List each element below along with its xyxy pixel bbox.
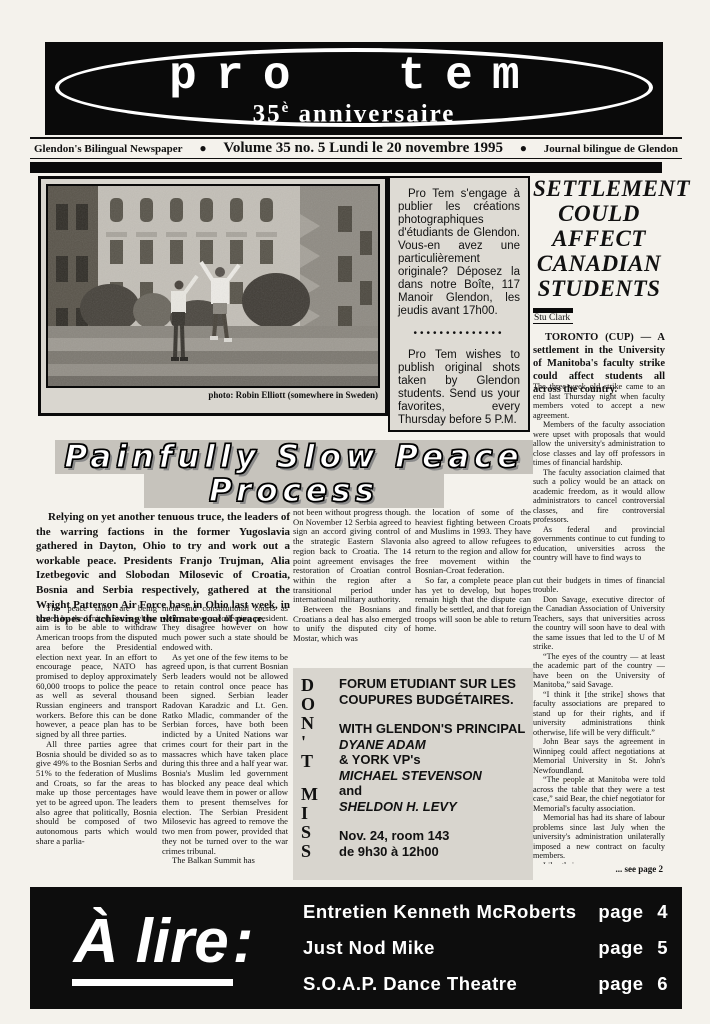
settlement-paragraph: Don Savage, executive director of the Ca… [533,595,665,652]
forum-speaker-name: MICHAEL STEVENSON [339,768,482,783]
peace-column-3: not been without progress though. On Nov… [293,508,411,666]
peace-paragraph: The peace talks are being hosted by the … [36,604,157,740]
forum-and-text: and [339,783,362,798]
anniversary-word: anniversaire [299,100,456,127]
settlement-paragraph: “The people at Manitoba were told across… [533,775,665,813]
front-page-photo [46,184,380,388]
issue-info-line: Glendon's Bilingual Newspaper ● Volume 3… [30,137,682,159]
index-row: Just Nod Mike page 5 [303,937,668,959]
index-item-label: S.O.A.P. Dance Theatre [303,973,517,995]
a-lire-banner: À lire: Entretien Kenneth McRoberts page… [30,887,682,1009]
vertical-letter: D [301,676,327,695]
settlement-paragraph: John Bear says the agreement in Winnipeg… [533,737,665,775]
submission-text-english: Pro Tem wishes to publish original shots… [398,349,520,427]
settlement-paragraph: As federal and provincial governments co… [533,525,665,563]
peace-paragraph: ment and constitutional courts as well a… [162,604,288,653]
bullet-separator: ● [199,141,206,156]
dont-miss-vertical-label: D O N ' T M I S S [301,676,327,874]
peace-paragraph: So far, a complete peace plan has yet to… [415,576,531,634]
newspaper-front-page: pro tem 35è anniversaire Glendon's Bilin… [0,0,710,1024]
submission-text-french: Pro Tem s'engage à publier les créations… [398,188,520,318]
newspaper-title: pro tem [169,53,539,99]
peace-headline-line2: Process [144,474,444,508]
settlement-paragraph: cut their budgets in times of financial … [533,576,665,595]
volume-date: Volume 35 no. 5 Lundi le 20 novembre 199… [223,140,503,157]
peace-lede: Relying on yet another tenuous truce, th… [36,510,290,600]
forum-speakers: WITH GLENDON'S PRINCIPAL DYANE ADAM & YO… [339,721,527,814]
vertical-letter: ' [301,733,327,752]
peace-paragraph: The Balkan Summit has [162,856,288,866]
peace-paragraph: As yet one of the few items to be agreed… [162,653,288,857]
index-item-page: page 4 [598,901,668,923]
forum-with-text: WITH GLENDON'S PRINCIPAL [339,721,525,736]
settlement-body: The three-week old strike came to an end… [533,382,665,864]
masthead-ellipse: pro tem 35è anniversaire [55,48,653,127]
index-item-label: Entretien Kenneth McRoberts [303,901,577,923]
dotted-divider: •••••••••••••• [398,327,520,340]
photo-submission-box: Pro Tem s'engage à publier les créations… [388,176,530,432]
forum-amp-text: & YORK VP's [339,752,421,767]
vertical-letter: M [301,785,327,804]
photo-caption: photo: Robin Elliott (somewhere in Swede… [46,388,380,403]
peace-headline-line1: Painfully Slow Peace [55,440,533,474]
vertical-letter: T [301,752,327,771]
peace-paragraph: the location of some of the heaviest fig… [415,508,531,576]
a-lire-title: À lire: [30,911,295,986]
peace-column-4: the location of some of the heaviest fig… [415,508,531,666]
settlement-article: SETTLEMENT COULD AFFECT CANADIAN STUDENT… [533,176,665,396]
settlement-paragraph: “I think it [the strike] shows that facu… [533,690,665,738]
a-lire-title-text: À lire [72,911,233,986]
peace-paragraph: All three parties agree that Bosnia shou… [36,740,157,847]
forum-title: FORUM ETUDIANT SUR LES COUPURES BUDGÉTAI… [339,676,527,707]
peace-headline: Painfully Slow Peace Process [55,440,533,508]
settlement-headline: SETTLEMENT COULD AFFECT CANADIAN STUDENT… [533,176,665,301]
anniversary-subtitle: 35è anniversaire [253,101,456,126]
anniversary-number: 35 [253,100,282,127]
vertical-letter: O [301,695,327,714]
peace-paragraph: not been without progress though. On Nov… [293,508,411,605]
index-row: S.O.A.P. Dance Theatre page 6 [303,973,668,995]
settlement-paragraph: Memorial has had its share of labour pro… [533,813,665,861]
vertical-letter: I [301,804,327,823]
forum-schedule: Nov. 24, room 143 de 9h30 à 12h00 [339,828,527,859]
anniversary-sup: è [282,100,291,116]
vertical-letter: N [301,714,327,733]
forum-announcement-box: D O N ' T M I S S FORUM ETUDIANT SUR LES… [293,668,533,880]
settlement-paragraph: Members of the faculty association were … [533,420,665,468]
masthead: pro tem 35è anniversaire [45,42,663,135]
index-item-page: page 6 [598,973,668,995]
photo-frame: photo: Robin Elliott (somewhere in Swede… [38,176,388,416]
forum-time: de 9h30 à 12h00 [339,844,439,859]
index-row: Entretien Kenneth McRoberts page 4 [303,901,668,923]
peace-paragraph: Between the Bosnians and Croatians a dea… [293,605,411,644]
settlement-paragraph: The faculty association claimed that suc… [533,468,665,525]
tagline-french: Journal bilingue de Glendon [544,143,678,155]
forum-speaker-name: SHELDON H. LEVY [339,799,457,814]
vertical-letter: S [301,823,327,842]
index-item-label: Just Nod Mike [303,937,435,959]
settlement-byline: Stu Clark [533,308,573,324]
bullet-separator: ● [520,141,527,156]
peace-column-1: The peace talks are being hosted by the … [36,604,157,884]
vertical-letter: S [301,842,327,861]
forum-speaker-name: DYANE ADAM [339,737,426,752]
peace-column-2: ment and constitutional courts as well a… [162,604,288,884]
a-lire-index: Entretien Kenneth McRoberts page 4 Just … [295,901,682,995]
forum-date-room: Nov. 24, room 143 [339,828,449,843]
a-lire-colon: : [233,907,254,976]
header-rule-bar [30,162,662,173]
photo-illustration [48,186,378,386]
index-item-page: page 5 [598,937,668,959]
see-page-2-pointer: ... see page 2 [575,862,665,876]
settlement-paragraph: The three-week old strike came to an end… [533,382,665,420]
settlement-paragraph: “The eyes of the country — at least the … [533,652,665,690]
tagline-english: Glendon's Bilingual Newspaper [34,143,183,155]
